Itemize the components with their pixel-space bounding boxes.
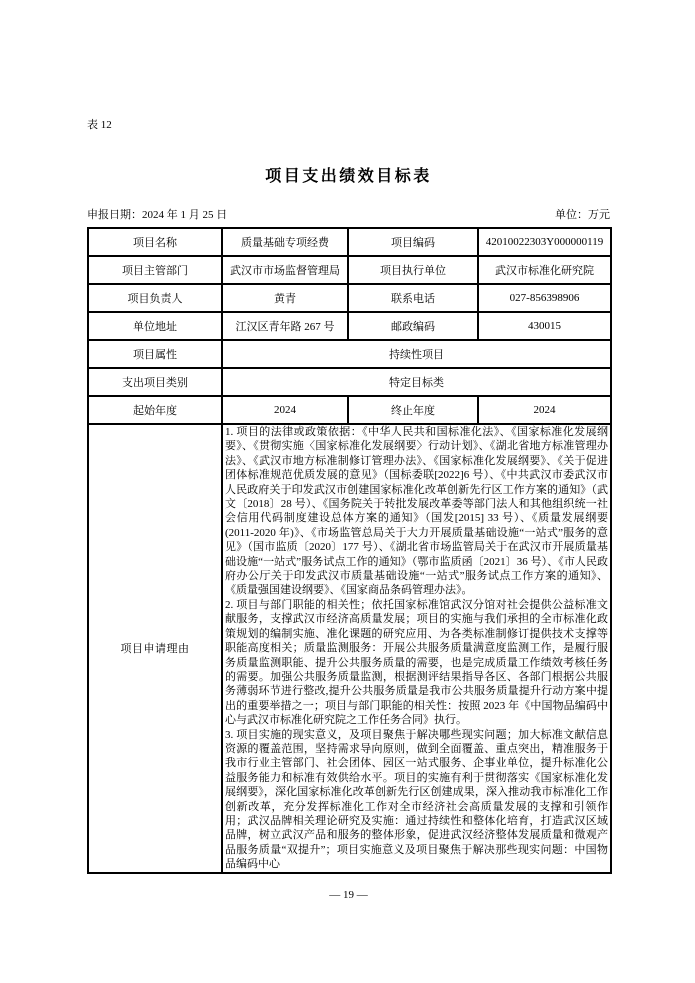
project-leader-label: 项目负责人 [88,284,222,312]
table-row: 项目主管部门 武汉市市场监督管理局 项目执行单位 武汉市标准化研究院 [88,256,611,284]
unit-address-label: 单位地址 [88,312,222,340]
project-attribute-label: 项目属性 [88,340,222,368]
supervisor-dept-label: 项目主管部门 [88,256,222,284]
expense-category-label: 支出项目类别 [88,368,222,396]
reason-paragraph-1: 1. 项目的法律或政策依据：《中华人民共和国标准化法》、《国家标准化发展纲要》、… [225,425,608,598]
project-name-value: 质量基础专项经费 [222,228,348,256]
reason-paragraph-2: 2. 项目与部门职能的相关性；依托国家标准馆武汉分馆对社会提供公益标准文献服务，… [225,598,608,728]
project-leader-value: 黄青 [222,284,348,312]
executing-unit-label: 项目执行单位 [348,256,478,284]
end-year-value: 2024 [478,396,611,424]
document-sheet: 表 12 项目支出绩效目标表 申报日期：2024 年 1 月 25 日 单位：万… [87,0,610,901]
project-code-label: 项目编码 [348,228,478,256]
meta-row: 申报日期：2024 年 1 月 25 日 单位：万元 [87,209,610,222]
project-attribute-value: 持续性项目 [222,340,611,368]
project-code-value: 42010022303Y000000119 [478,228,611,256]
executing-unit-value: 武汉市标准化研究院 [478,256,611,284]
document-title: 项目支出绩效目标表 [87,167,610,187]
table-row: 起始年度 2024 终止年度 2024 [88,396,611,424]
supervisor-dept-value: 武汉市市场监督管理局 [222,256,348,284]
postal-code-value: 430015 [478,312,611,340]
unit-label: 单位：万元 [555,209,610,222]
end-year-label: 终止年度 [348,396,478,424]
reason-paragraph-3: 3. 项目实施的现实意义，及项目聚焦于解决哪些现实问题；加大标准文献信息资源的覆… [225,728,608,872]
table-row: 单位地址 江汉区青年路 267 号 邮政编码 430015 [88,312,611,340]
contact-phone-label: 联系电话 [348,284,478,312]
table-row: 项目申请理由 1. 项目的法律或政策依据：《中华人民共和国标准化法》、《国家标准… [88,424,611,873]
application-reason-label: 项目申请理由 [88,424,222,873]
contact-phone-value: 027-856398906 [478,284,611,312]
postal-code-label: 邮政编码 [348,312,478,340]
table-row: 项目负责人 黄青 联系电话 027-856398906 [88,284,611,312]
table-row: 项目属性 持续性项目 [88,340,611,368]
table-row: 项目名称 质量基础专项经费 项目编码 42010022303Y000000119 [88,228,611,256]
table-number-label: 表 12 [87,0,610,132]
table-row: 支出项目类别 特定目标类 [88,368,611,396]
declare-date-label: 申报日期：2024 年 1 月 25 日 [87,209,227,222]
start-year-value: 2024 [222,396,348,424]
start-year-label: 起始年度 [88,396,222,424]
expense-category-value: 特定目标类 [222,368,611,396]
performance-target-table: 项目名称 质量基础专项经费 项目编码 42010022303Y000000119… [87,227,612,874]
application-reason-body: 1. 项目的法律或政策依据：《中华人民共和国标准化法》、《国家标准化发展纲要》、… [222,424,611,873]
page-number: — 19 — [87,889,610,901]
unit-address-value: 江汉区青年路 267 号 [222,312,348,340]
project-name-label: 项目名称 [88,228,222,256]
